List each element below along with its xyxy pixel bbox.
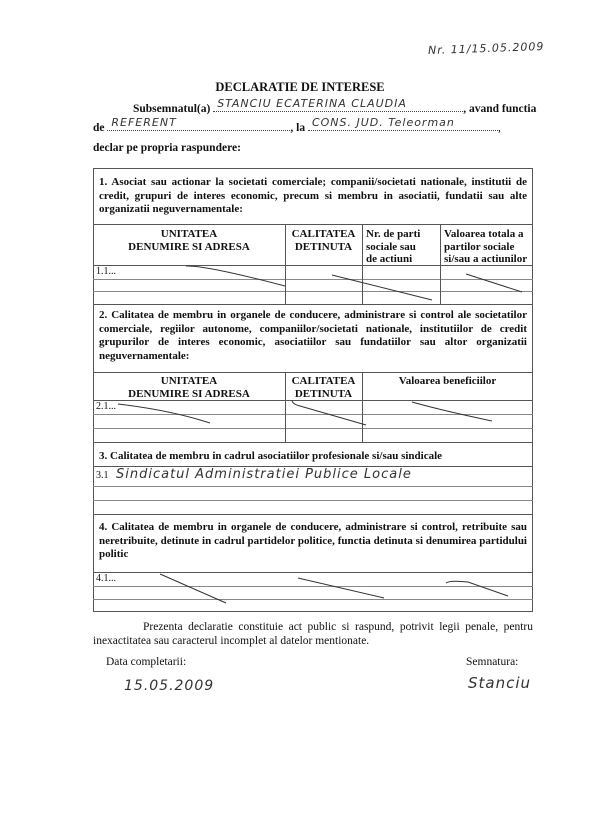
s2-col-valoarea-beneficiilor: Valoarea beneficiilor [362, 375, 533, 388]
document-title: DECLARATIE DE INTERESE [0, 80, 600, 95]
registration-number: Nr. 11/15.05.2009 [428, 40, 545, 57]
divider [93, 414, 533, 415]
column-divider [285, 224, 286, 304]
avand-functia-label: , avand functia [463, 103, 536, 115]
divider [93, 500, 533, 501]
s3-row-label: 3.1 [96, 470, 109, 481]
s2-row-label: 2.1... [96, 401, 116, 412]
function-field[interactable]: REFERENT [107, 120, 290, 131]
subsemnatul-label: Subsemnatul(a) [133, 103, 210, 115]
function-value: REFERENT [111, 116, 176, 129]
divider [93, 372, 533, 373]
identity-line-2: de REFERENT, la CONS. JUD. Teleorman, [93, 120, 501, 134]
column-divider [440, 224, 441, 304]
section-2-heading: 2. Calitatea de membru in organele de co… [99, 309, 527, 363]
signature: Stanciu [468, 674, 531, 692]
s3-row-value: Sindicatul Administratiei Publice Locale [116, 467, 412, 482]
divider [93, 428, 533, 429]
divider [93, 279, 533, 280]
section-4-heading: 4. Calitatea de membru in organele de co… [99, 521, 527, 562]
la-label: , la [290, 122, 305, 134]
divider [93, 486, 533, 487]
s2-col-unitatea: UNITATEADENUMIRE SI ADRESA [93, 375, 285, 400]
de-label: de [93, 122, 105, 134]
section-3-heading: 3. Calitatea de membru in cadrul asociat… [99, 450, 527, 464]
divider [93, 586, 533, 587]
divider [93, 265, 533, 266]
divider [93, 224, 533, 225]
date-value: 15.05.2009 [124, 678, 214, 694]
column-divider [362, 372, 363, 442]
divider [93, 304, 533, 305]
s1-col-nr-parti: Nr. de partisociale saude actiuni [362, 228, 440, 266]
divider [93, 400, 533, 401]
signature-label: Semnatura: [466, 656, 518, 668]
declar-label: declar pe propria raspundere: [93, 142, 241, 154]
divider [93, 291, 533, 292]
name-field[interactable]: STANCIU ECATERINA CLAUDIA [213, 101, 463, 112]
s1-col-calitatea: CALITATEADETINUTA [285, 228, 362, 253]
institution-value: CONS. JUD. Teleorman [312, 116, 455, 129]
s1-row-label: 1.1... [96, 266, 116, 277]
legal-statement: Prezenta declaratie constituie act publi… [93, 620, 533, 648]
section-1-heading: 1. Asociat sau actionar la societati com… [99, 176, 527, 217]
column-divider [285, 372, 286, 442]
s4-row-label: 4.1... [96, 573, 116, 584]
divider [93, 514, 533, 515]
identity-line-1: Subsemnatul(a) STANCIU ECATERINA CLAUDIA… [133, 101, 536, 115]
divider [93, 572, 533, 573]
date-label: Data completarii: [106, 656, 186, 668]
s2-col-calitatea: CALITATEADETINUTA [285, 375, 362, 400]
name-value: STANCIU ECATERINA CLAUDIA [217, 97, 407, 110]
column-divider [362, 224, 363, 304]
divider [93, 599, 533, 600]
s1-col-valoarea: Valoarea totala apartilor socialesi/sau … [440, 228, 533, 266]
s1-col-unitatea: UNITATEADENUMIRE SI ADRESA [93, 228, 285, 253]
institution-field[interactable]: CONS. JUD. Teleorman [308, 120, 498, 131]
divider [93, 442, 533, 443]
